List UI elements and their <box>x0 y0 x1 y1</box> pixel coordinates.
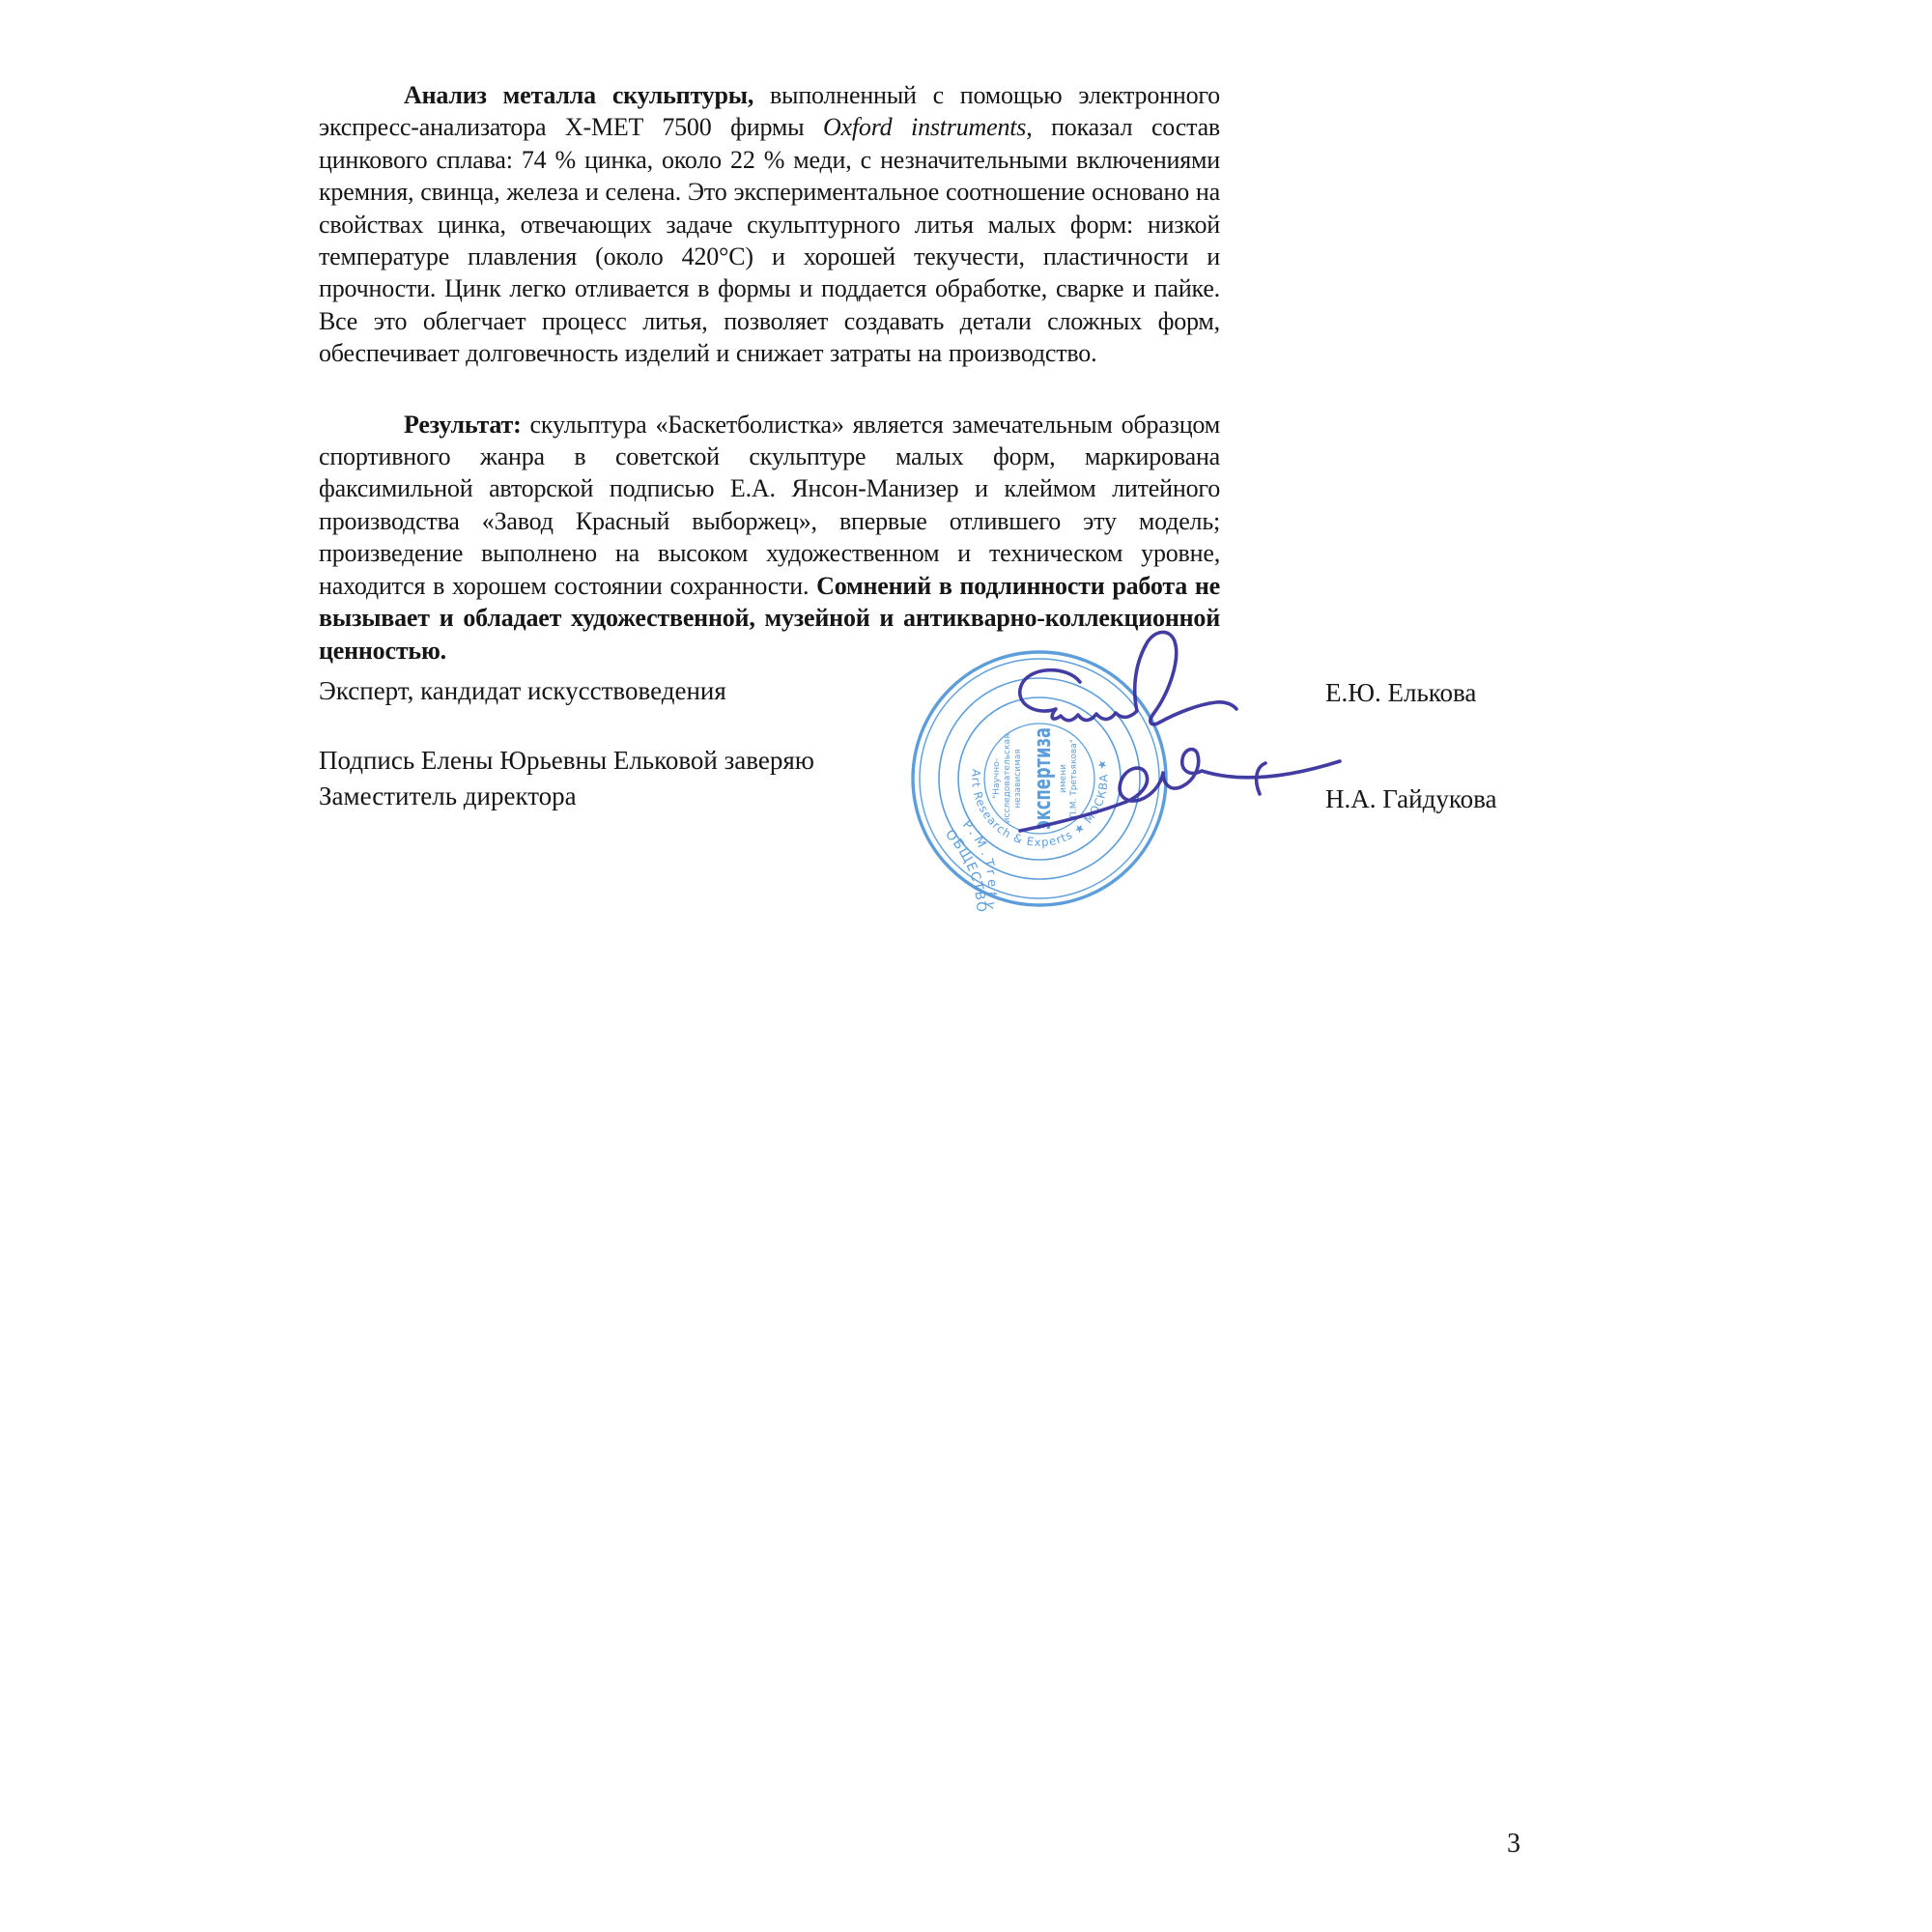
document-page: Анализ металла скульптуры, выполненный с… <box>0 0 1932 1932</box>
page-number: 3 <box>1507 1829 1520 1860</box>
stamp-center-word: экспертиза <box>1029 727 1056 830</box>
organization-stamp: ОБЩЕСТВО С ОГРАНИЧЕННОЙ ОТВЕТСТВЕННОСТЬЮ… <box>906 645 1173 912</box>
expert-name: Е.Ю. Елькова <box>1325 678 1476 708</box>
deputy-name: Н.А. Гайдукова <box>1325 784 1496 814</box>
expert-title: Эксперт, кандидат искусствоведения <box>319 676 726 706</box>
stamp-center-line-5: П.М. Третьякова" <box>1069 739 1079 818</box>
stamp-center-line-4: имени <box>1059 764 1068 793</box>
stamp-center-line-3: независимая <box>1013 749 1023 808</box>
deputy-title: Заместитель директора <box>319 781 577 811</box>
deputy-signature-tail-icon <box>1257 763 1265 794</box>
document-body: Анализ металла скульптуры, выполненный с… <box>319 79 1220 667</box>
stamp-center-line-1: "Научно- <box>992 758 1002 799</box>
stamp-seal-icon: ОБЩЕСТВО С ОГРАНИЧЕННОЙ ОТВЕТСТВЕННОСТЬЮ… <box>906 645 1173 912</box>
paragraph-result: Результат: скульптура «Баскетболистка» я… <box>319 409 1220 667</box>
result-lead-bold: Результат: <box>404 411 522 439</box>
analysis-text-2: , показал состав цинкового сплава: 74 % … <box>319 113 1220 367</box>
analysis-brand-italic: Oxford instruments <box>823 113 1026 141</box>
attestation-line: Подпись Елены Юрьевны Ельковой заверяю <box>319 746 814 776</box>
stamp-center-line-2: исследовательская <box>1003 734 1012 824</box>
paragraph-metal-analysis: Анализ металла скульптуры, выполненный с… <box>319 79 1220 370</box>
analysis-lead-bold: Анализ металла скульптуры, <box>404 81 753 109</box>
